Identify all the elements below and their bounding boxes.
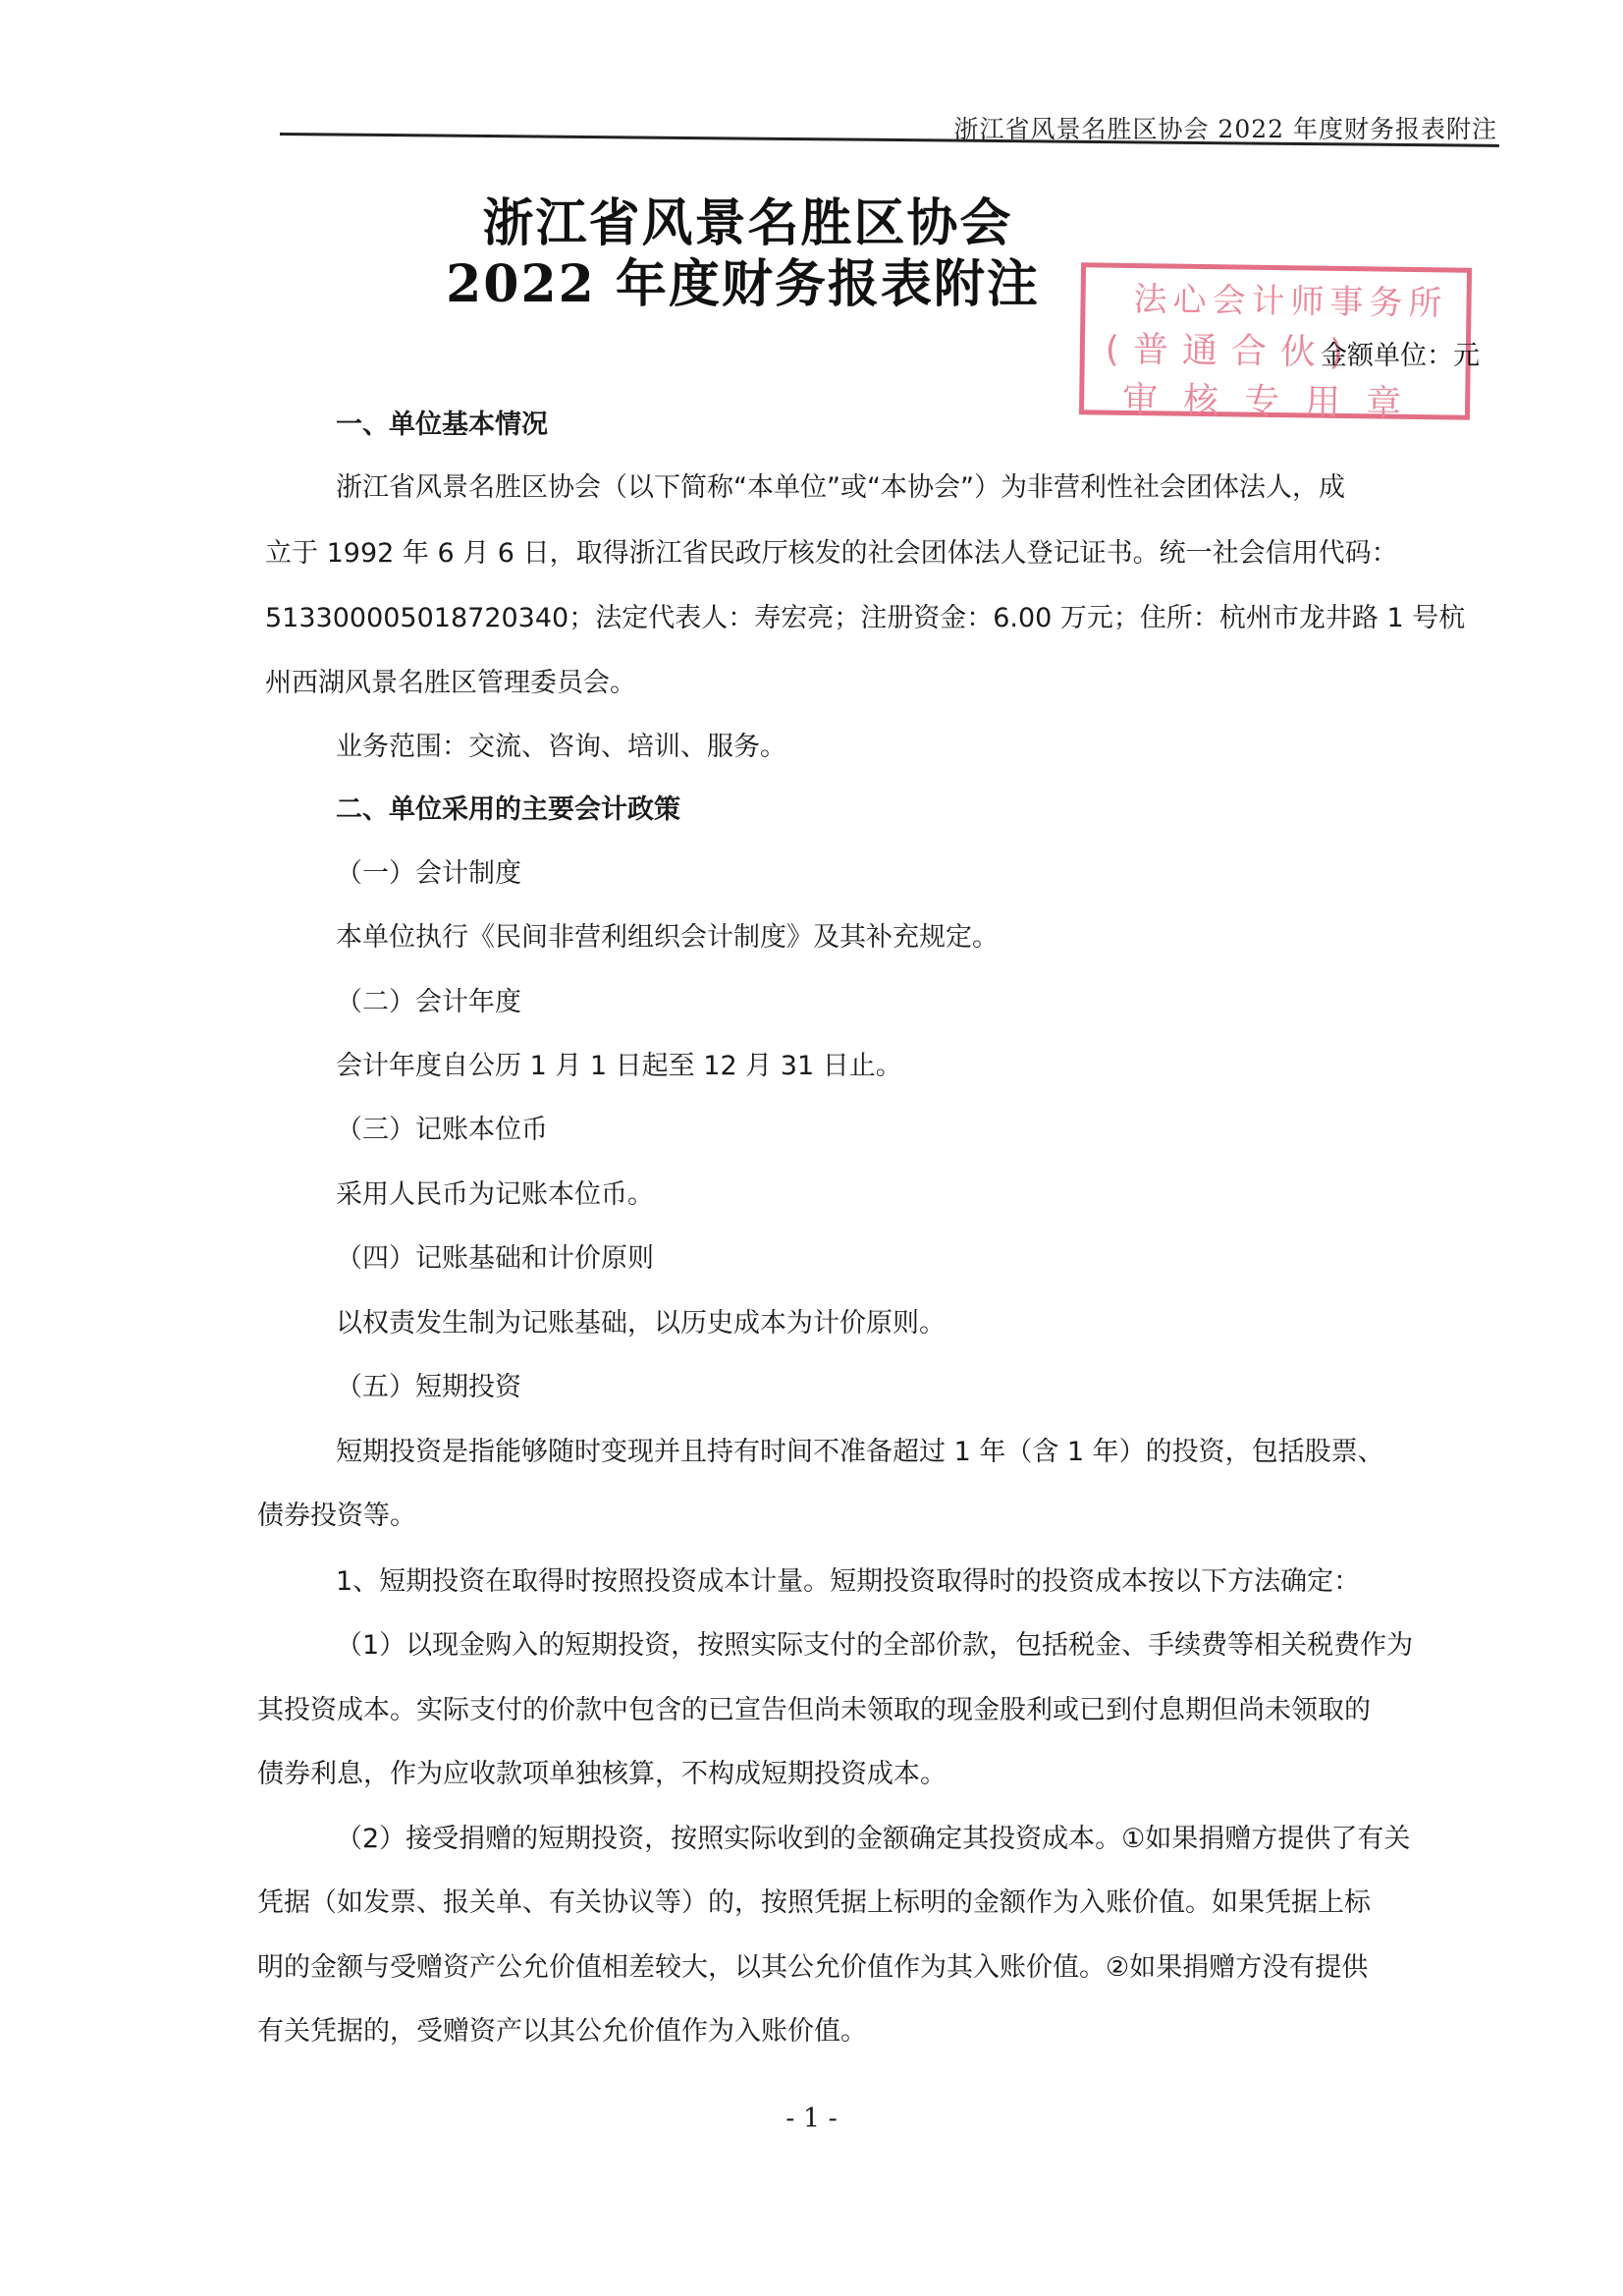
subsection-heading-currency: （三）记账本位币 (336, 1108, 548, 1146)
page-number: - 1 - (0, 2104, 1623, 2134)
section-heading-accounting-policies: 二、单位采用的主要会计政策 (336, 788, 680, 826)
currency-unit-label: 金额单位：元 (1321, 334, 1480, 372)
subsection-heading-short-term-investment: （五）短期投资 (336, 1365, 521, 1403)
paragraph-line: （1）以现金购入的短期投资，按照实际支付的全部价款，包括税金、手续费等相关税费作… (336, 1623, 1413, 1662)
paragraph-line: 立于 1992 年 6 月 6 日，取得浙江省民政厅核发的社会团体法人登记证书。… (265, 531, 1398, 570)
paragraph-line: 债券投资等。 (257, 1494, 416, 1532)
subsection-heading-accounting-system: （一）会计制度 (336, 851, 521, 890)
paragraph-line: 采用人民币为记账本位币。 (336, 1173, 654, 1211)
title-line-1: 浙江省风景名胜区协会 (0, 194, 1623, 253)
paragraph-line: 有关凭据的，受赠资产以其公允价值作为入账价值。 (257, 2009, 867, 2048)
subsection-heading-fiscal-year: （二）会计年度 (336, 980, 521, 1018)
subsection-heading-accounting-basis: （四）记账基础和计价原则 (336, 1236, 654, 1275)
paragraph-line: 债券利息，作为应收款项单独核算，不构成短期投资成本。 (257, 1752, 947, 1790)
section-heading-basic-info: 一、单位基本情况 (336, 403, 548, 441)
paragraph-line: 513300005018720340；法定代表人：寿宏亮；注册资金：6.00 万… (265, 596, 1465, 634)
paragraph-business-scope: 业务范围：交流、咨询、培训、服务。 (336, 725, 786, 763)
paragraph-line: 短期投资是指能够随时变现并且持有时间不准备超过 1 年（含 1 年）的投资，包括… (336, 1430, 1384, 1468)
paragraph-line: 其投资成本。实际支付的价款中包含的已宣告但尚未领取的现金股利或已到付息期但尚未领… (257, 1688, 1371, 1726)
paragraph-line: 本单位执行《民间非营利组织会计制度》及其补充规定。 (336, 915, 999, 954)
stamp-line-3: 审核专用章 (1084, 371, 1466, 426)
paragraph-line: 凭据（如发票、报关单、有关协议等）的，按照凭据上标明的金额作为入账价值。如果凭据… (257, 1881, 1371, 1919)
paragraph-line: 会计年度自公历 1 月 1 日起至 12 月 31 日止。 (336, 1044, 902, 1082)
stamp-line-1: 法心会计师事务所 (1085, 271, 1467, 324)
paragraph-line: 明的金额与受赠资产公允价值相差较大，以其公允价值作为其入账价值。②如果捐赠方没有… (257, 1945, 1368, 1984)
paragraph-line: 以权责发生制为记账基础，以历史成本为计价原则。 (336, 1301, 946, 1339)
paragraph-line: 浙江省风景名胜区协会（以下简称“本单位”或“本协会”）为非营利性社会团体法人，成 (336, 465, 1345, 504)
paragraph-line: 1、短期投资在取得时按照投资成本计量。短期投资取得时的投资成本按以下方法确定： (336, 1559, 1360, 1598)
paragraph-line: 州西湖风景名胜区管理委员会。 (265, 661, 636, 699)
paragraph-line: （2）接受捐赠的短期投资，按照实际收到的金额确定其投资成本。①如果捐赠方提供了有… (336, 1817, 1410, 1855)
